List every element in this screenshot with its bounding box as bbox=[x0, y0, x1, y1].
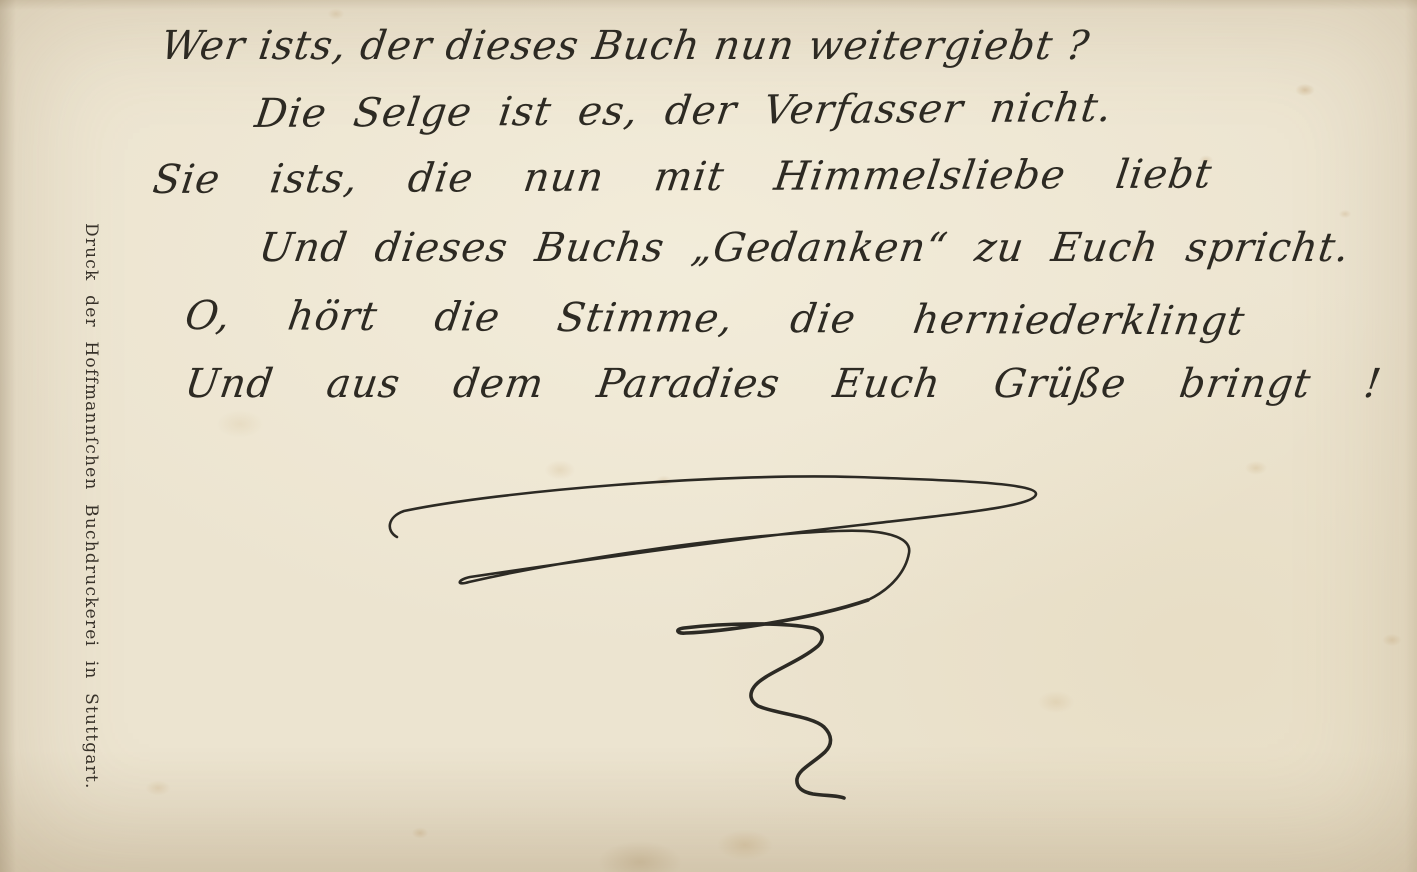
poem-line: Und aus dem Paradies Euch Grüße bringt ! bbox=[182, 360, 1385, 408]
poem-line: Wer ists, der dieses Buch nun weitergieb… bbox=[158, 22, 1093, 70]
printer-imprint: Druck der Hoffmannſchen Buchdruckerei in… bbox=[79, 223, 101, 735]
poem-line: Und dieses Buchs „Gedanken“ zu Euch spri… bbox=[256, 224, 1353, 272]
poem-line: Sie ists, die nun mit Himmelsliebe liebt bbox=[150, 150, 1215, 204]
poem-line: Die Selge ist es, der Verfasser nicht. bbox=[252, 84, 1115, 138]
poem-line: O, hört die Stimme, die herniederklingt bbox=[182, 292, 1248, 346]
scanned-book-page: Druck der Hoffmannſchen Buchdruckerei in… bbox=[0, 0, 1417, 872]
